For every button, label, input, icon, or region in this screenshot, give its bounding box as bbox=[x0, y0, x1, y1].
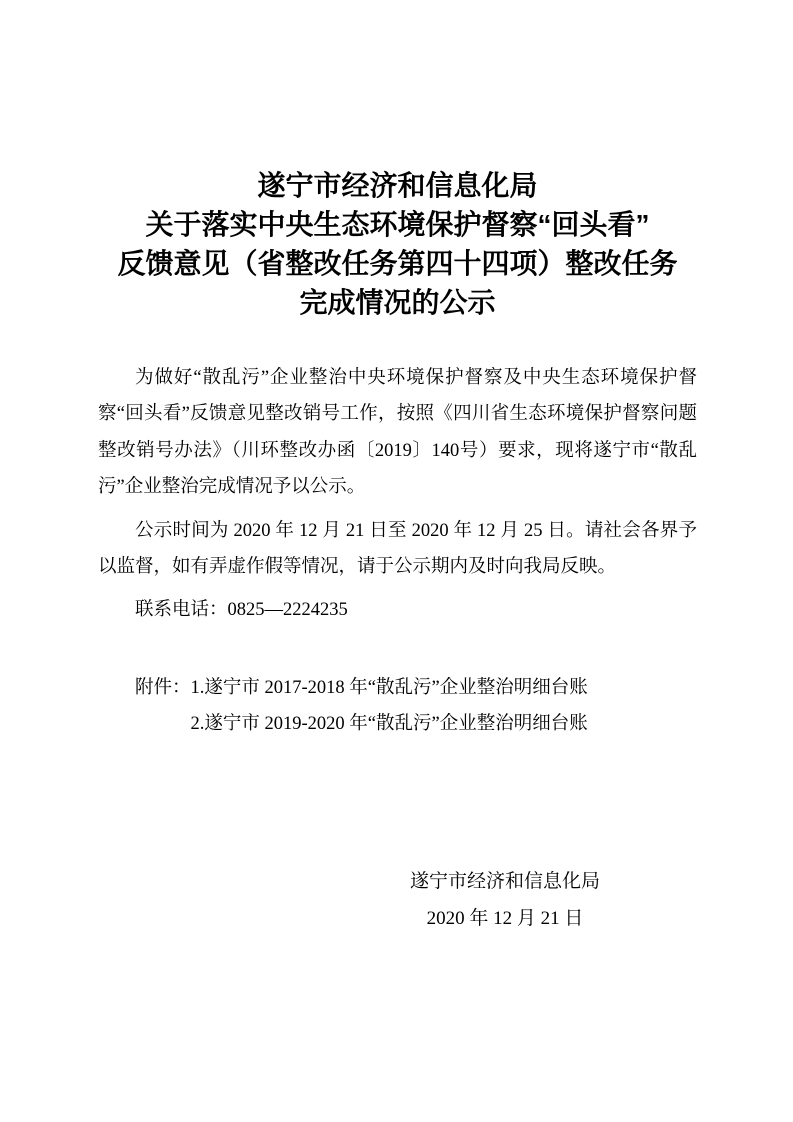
paragraph-publicity-period: 公示时间为 2020 年 12 月 21 日至 2020 年 12 月 25 日… bbox=[98, 513, 697, 586]
attachment-item-1: 1.遂宁市 2017-2018 年“散乱污”企业整治明细台账 bbox=[191, 670, 697, 706]
title-line-4: 完成情况的公示 bbox=[98, 283, 697, 322]
title-line-2: 关于落实中央生态环境保护督察“回头看” bbox=[98, 205, 697, 244]
document-body: 为做好“散乱污”企业整治中央环境保护督察及中央生态环境保护督察“回头看”反馈意见… bbox=[98, 360, 697, 629]
title-line-1: 遂宁市经济和信息化局 bbox=[98, 166, 697, 205]
signature-date: 2020 年 12 月 21 日 bbox=[410, 900, 600, 938]
signature-block: 遂宁市经济和信息化局 2020 年 12 月 21 日 bbox=[410, 863, 600, 938]
title-line-3: 反馈意见（省整改任务第四十四项）整改任务 bbox=[98, 244, 697, 283]
contact-phone-line: 联系电话：0825—2224235 bbox=[98, 592, 697, 628]
document-title: 遂宁市经济和信息化局 关于落实中央生态环境保护督察“回头看” 反馈意见（省整改任… bbox=[98, 166, 697, 322]
signature-org: 遂宁市经济和信息化局 bbox=[410, 863, 600, 901]
paragraph-intro: 为做好“散乱污”企业整治中央环境保护督察及中央生态环境保护督察“回头看”反馈意见… bbox=[98, 360, 697, 506]
attachments-list: 1.遂宁市 2017-2018 年“散乱污”企业整治明细台账 2.遂宁市 201… bbox=[191, 670, 697, 743]
document-page: 遂宁市经济和信息化局 关于落实中央生态环境保护督察“回头看” 反馈意见（省整改任… bbox=[0, 0, 793, 1122]
attachments-block: 附件： 1.遂宁市 2017-2018 年“散乱污”企业整治明细台账 2.遂宁市… bbox=[135, 670, 697, 743]
document-content: 遂宁市经济和信息化局 关于落实中央生态环境保护督察“回头看” 反馈意见（省整改任… bbox=[0, 0, 793, 938]
attachments-label: 附件： bbox=[135, 670, 191, 706]
attachment-item-2: 2.遂宁市 2019-2020 年“散乱污”企业整治明细台账 bbox=[191, 706, 697, 742]
